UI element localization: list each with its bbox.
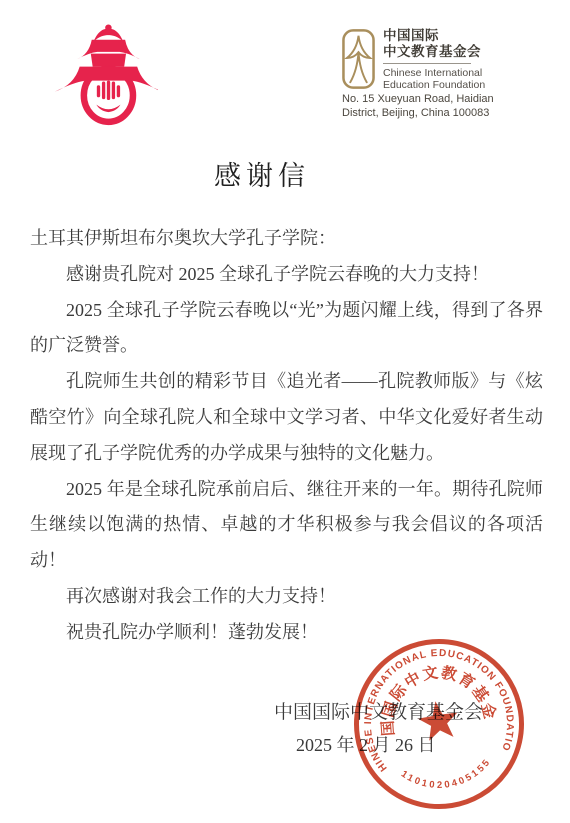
- foundation-name-en-line1: Chinese International: [383, 67, 474, 79]
- letter-paragraph: 2025 年是全球孔院承前启后、继往开来的一年。期待孔院师生继续以饱满的热情、卓…: [30, 472, 543, 579]
- signature-date: 2025 年 2 月 26 日: [296, 731, 436, 757]
- spring-festival-logo-icon: [44, 24, 158, 126]
- foundation-emblem-icon: [342, 28, 375, 90]
- letter-page: 中国国际 中文教育基金会 Chinese International Educa…: [0, 0, 570, 823]
- letter-paragraph: 2025 全球孔子学院云春晚以“光”为题闪耀上线，得到了各界的广泛赞誉。: [30, 293, 543, 365]
- foundation-name: 中国国际 中文教育基金会 Chinese International Educa…: [383, 28, 474, 91]
- letter-paragraph: 感谢贵孔院对 2025 全球孔子学院云春晚的大力支持！: [30, 257, 543, 293]
- letter-paragraph: 再次感谢对我会工作的大力支持！: [30, 579, 543, 615]
- signature-org-name: 中国国际中文教育基金会: [274, 697, 483, 724]
- letter-body: 土耳其伊斯坦布尔奥坎大学孔子学院： 感谢贵孔院对 2025 全球孔子学院云春晚的…: [30, 221, 543, 651]
- foundation-address-line2: District, Beijing, China 100083: [342, 107, 494, 121]
- letter-paragraph: 祝贵孔院办学顺利！蓬勃发展！: [30, 615, 543, 651]
- foundation-name-cn-line2: 中文教育基金会: [383, 44, 474, 60]
- foundation-address: No. 15 Xueyuan Road, Haidian District, B…: [342, 93, 494, 120]
- letter-salutation: 土耳其伊斯坦布尔奥坎大学孔子学院：: [30, 221, 543, 257]
- foundation-name-cn-line1: 中国国际: [383, 28, 474, 44]
- foundation-address-line1: No. 15 Xueyuan Road, Haidian: [342, 93, 494, 107]
- seal-number-text: 1101020405155: [398, 755, 497, 798]
- foundation-name-en-line2: Education Foundation: [383, 79, 474, 91]
- seal-number-textpath: 1101020405155: [398, 755, 497, 798]
- letter-paragraph: 孔院师生共创的精彩节目《追光者——孔院教师版》与《炫酷空竹》向全球孔院人和全球中…: [30, 364, 543, 471]
- letter-title: 感谢信: [0, 154, 524, 193]
- header-divider: [383, 63, 471, 64]
